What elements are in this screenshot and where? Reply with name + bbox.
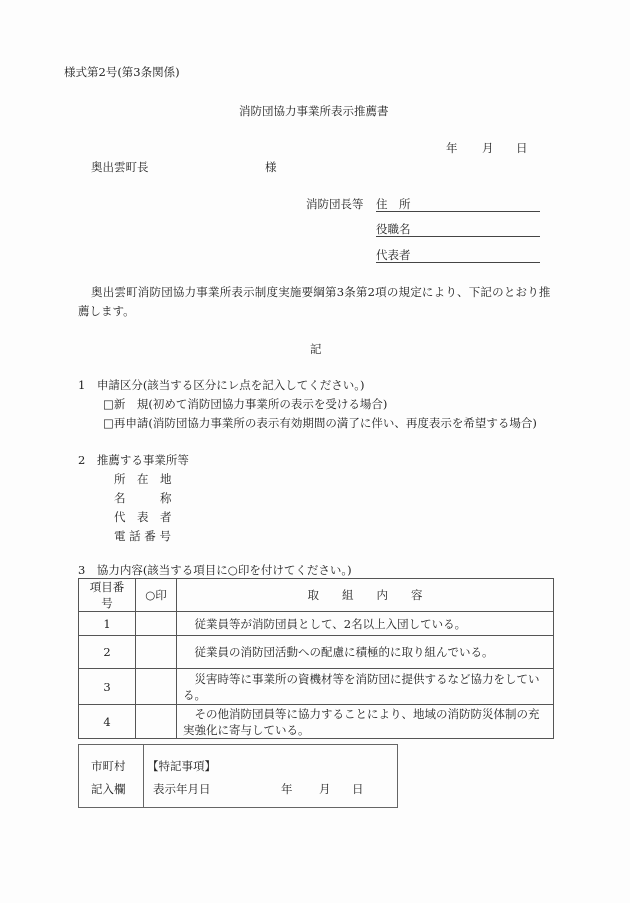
- applicant-address-field[interactable]: 住 所: [376, 196, 540, 212]
- applicant-title-label: 役職名: [376, 222, 411, 236]
- row-number: 2: [79, 636, 136, 669]
- row-number: 4: [79, 705, 136, 739]
- option-reapply-label: 再申請(消防団協力事業所の表示有効期間の満了に伴い、再度表示を希望する場合): [114, 416, 537, 430]
- cooperation-table: 項目番号 ○印 取 組 内 容 1 従業員等が消防団員として、2名以上入団してい…: [78, 578, 554, 739]
- display-date-year: 年: [281, 781, 293, 797]
- checkbox-reapply[interactable]: □: [103, 416, 114, 430]
- display-date-month: 月: [319, 781, 331, 797]
- option-new[interactable]: □新 規(初めて消防団協力事業所の表示を受ける場合): [103, 396, 387, 412]
- date-day-label: 日: [516, 140, 528, 156]
- office-representative-label: 代 表 者: [114, 509, 172, 525]
- municipality-label-line2: 記入欄: [91, 781, 126, 797]
- applicant-title-field[interactable]: 役職名: [376, 221, 540, 237]
- option-new-label: 新 規(初めて消防団協力事業所の表示を受ける場合): [114, 397, 387, 411]
- applicant-label: 消防団長等: [306, 196, 364, 212]
- table-row: 3 災害時等に事業所の資機材等を消防団に提供するなど協力をしている。: [79, 669, 554, 705]
- column-header-number: 項目番号: [79, 579, 136, 612]
- table-row: 4 その他消防団員等に協力することにより、地域の消防防災体制の充実強化に寄与して…: [79, 705, 554, 739]
- municipality-entry-label-cell: 市町村 記入欄: [79, 745, 144, 807]
- form-number: 様式第2号(第3条関係): [64, 64, 180, 80]
- row-number: 3: [79, 669, 136, 705]
- row-number: 1: [79, 612, 136, 636]
- special-notes-label: 【特記事項】: [147, 758, 216, 774]
- column-header-content: 取 組 内 容: [177, 579, 554, 612]
- column-header-mark: ○印: [136, 579, 177, 612]
- row-mark-cell[interactable]: [136, 636, 177, 669]
- row-mark-cell[interactable]: [136, 669, 177, 705]
- document-title: 消防団協力事業所表示推薦書: [239, 103, 389, 119]
- addressee: 奥出雲町長: [91, 159, 149, 175]
- row-description: 従業員等が消防団員として、2名以上入団している。: [177, 612, 554, 636]
- section2-heading: 2 推薦する事業所等: [78, 452, 189, 468]
- row-mark-cell[interactable]: [136, 705, 177, 739]
- body-paragraph-line1: 奥出雲町消防団協力事業所表示制度実施要綱第3条第2項の規定により、下記のとおり推: [91, 284, 551, 300]
- option-reapply[interactable]: □再申請(消防団協力事業所の表示有効期間の満了に伴い、再度表示を希望する場合): [103, 415, 537, 431]
- office-phone-label: 電 話 番 号: [114, 528, 171, 544]
- ki-heading: 記: [310, 341, 322, 357]
- table-row: 2 従業員の消防団活動への配慮に積極的に取り組んでいる。: [79, 636, 554, 669]
- date-month-label: 月: [482, 140, 494, 156]
- row-description: 災害時等に事業所の資機材等を消防団に提供するなど協力をしている。: [177, 669, 554, 705]
- body-paragraph-line2: 薦します。: [78, 303, 135, 319]
- table-row: 1 従業員等が消防団員として、2名以上入団している。: [79, 612, 554, 636]
- municipality-label-line1: 市町村: [91, 758, 126, 774]
- municipality-entry-box: 市町村 記入欄 【特記事項】 表示年月日 年 月 日: [78, 744, 398, 808]
- row-description: 従業員の消防団活動への配慮に積極的に取り組んでいる。: [177, 636, 554, 669]
- date-year-label: 年: [446, 140, 458, 156]
- section3-heading: 3 協力内容(該当する項目に○印を付けてください。): [78, 562, 352, 578]
- applicant-representative-label: 代表者: [376, 248, 411, 262]
- table-header-row: 項目番号 ○印 取 組 内 容: [79, 579, 554, 612]
- section1-heading: 1 申請区分(該当する区分にレ点を記入してください。): [78, 377, 365, 393]
- row-mark-cell[interactable]: [136, 612, 177, 636]
- display-date-label: 表示年月日: [153, 781, 211, 797]
- checkbox-new[interactable]: □: [103, 397, 114, 411]
- applicant-address-label: 住 所: [376, 197, 411, 211]
- applicant-representative-field[interactable]: 代表者: [376, 247, 540, 263]
- honorific: 様: [265, 159, 277, 175]
- office-location-label: 所 在 地: [114, 471, 172, 487]
- display-date-day: 日: [352, 781, 364, 797]
- row-description: その他消防団員等に協力することにより、地域の消防防災体制の充実強化に寄与している…: [177, 705, 554, 739]
- office-name-label: 名 称: [114, 490, 172, 506]
